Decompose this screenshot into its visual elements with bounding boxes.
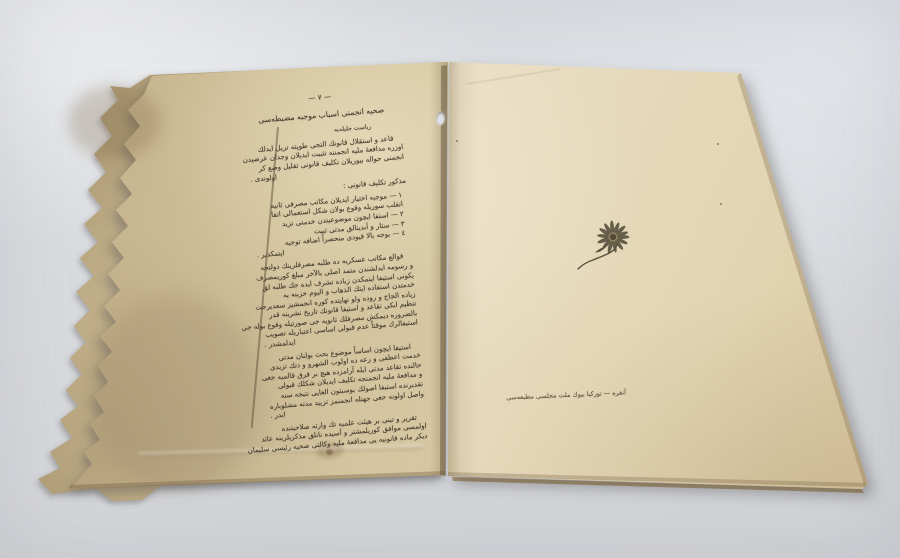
photo-of-open-booklet: — ٧ —صحیه انجمنی اسباب موجبه مضبطه‌سیریا… <box>0 0 900 558</box>
paper-speck <box>717 143 719 145</box>
paper-speck <box>720 203 722 205</box>
paper-speck <box>456 140 458 142</box>
flower-vignette-icon <box>575 216 647 274</box>
